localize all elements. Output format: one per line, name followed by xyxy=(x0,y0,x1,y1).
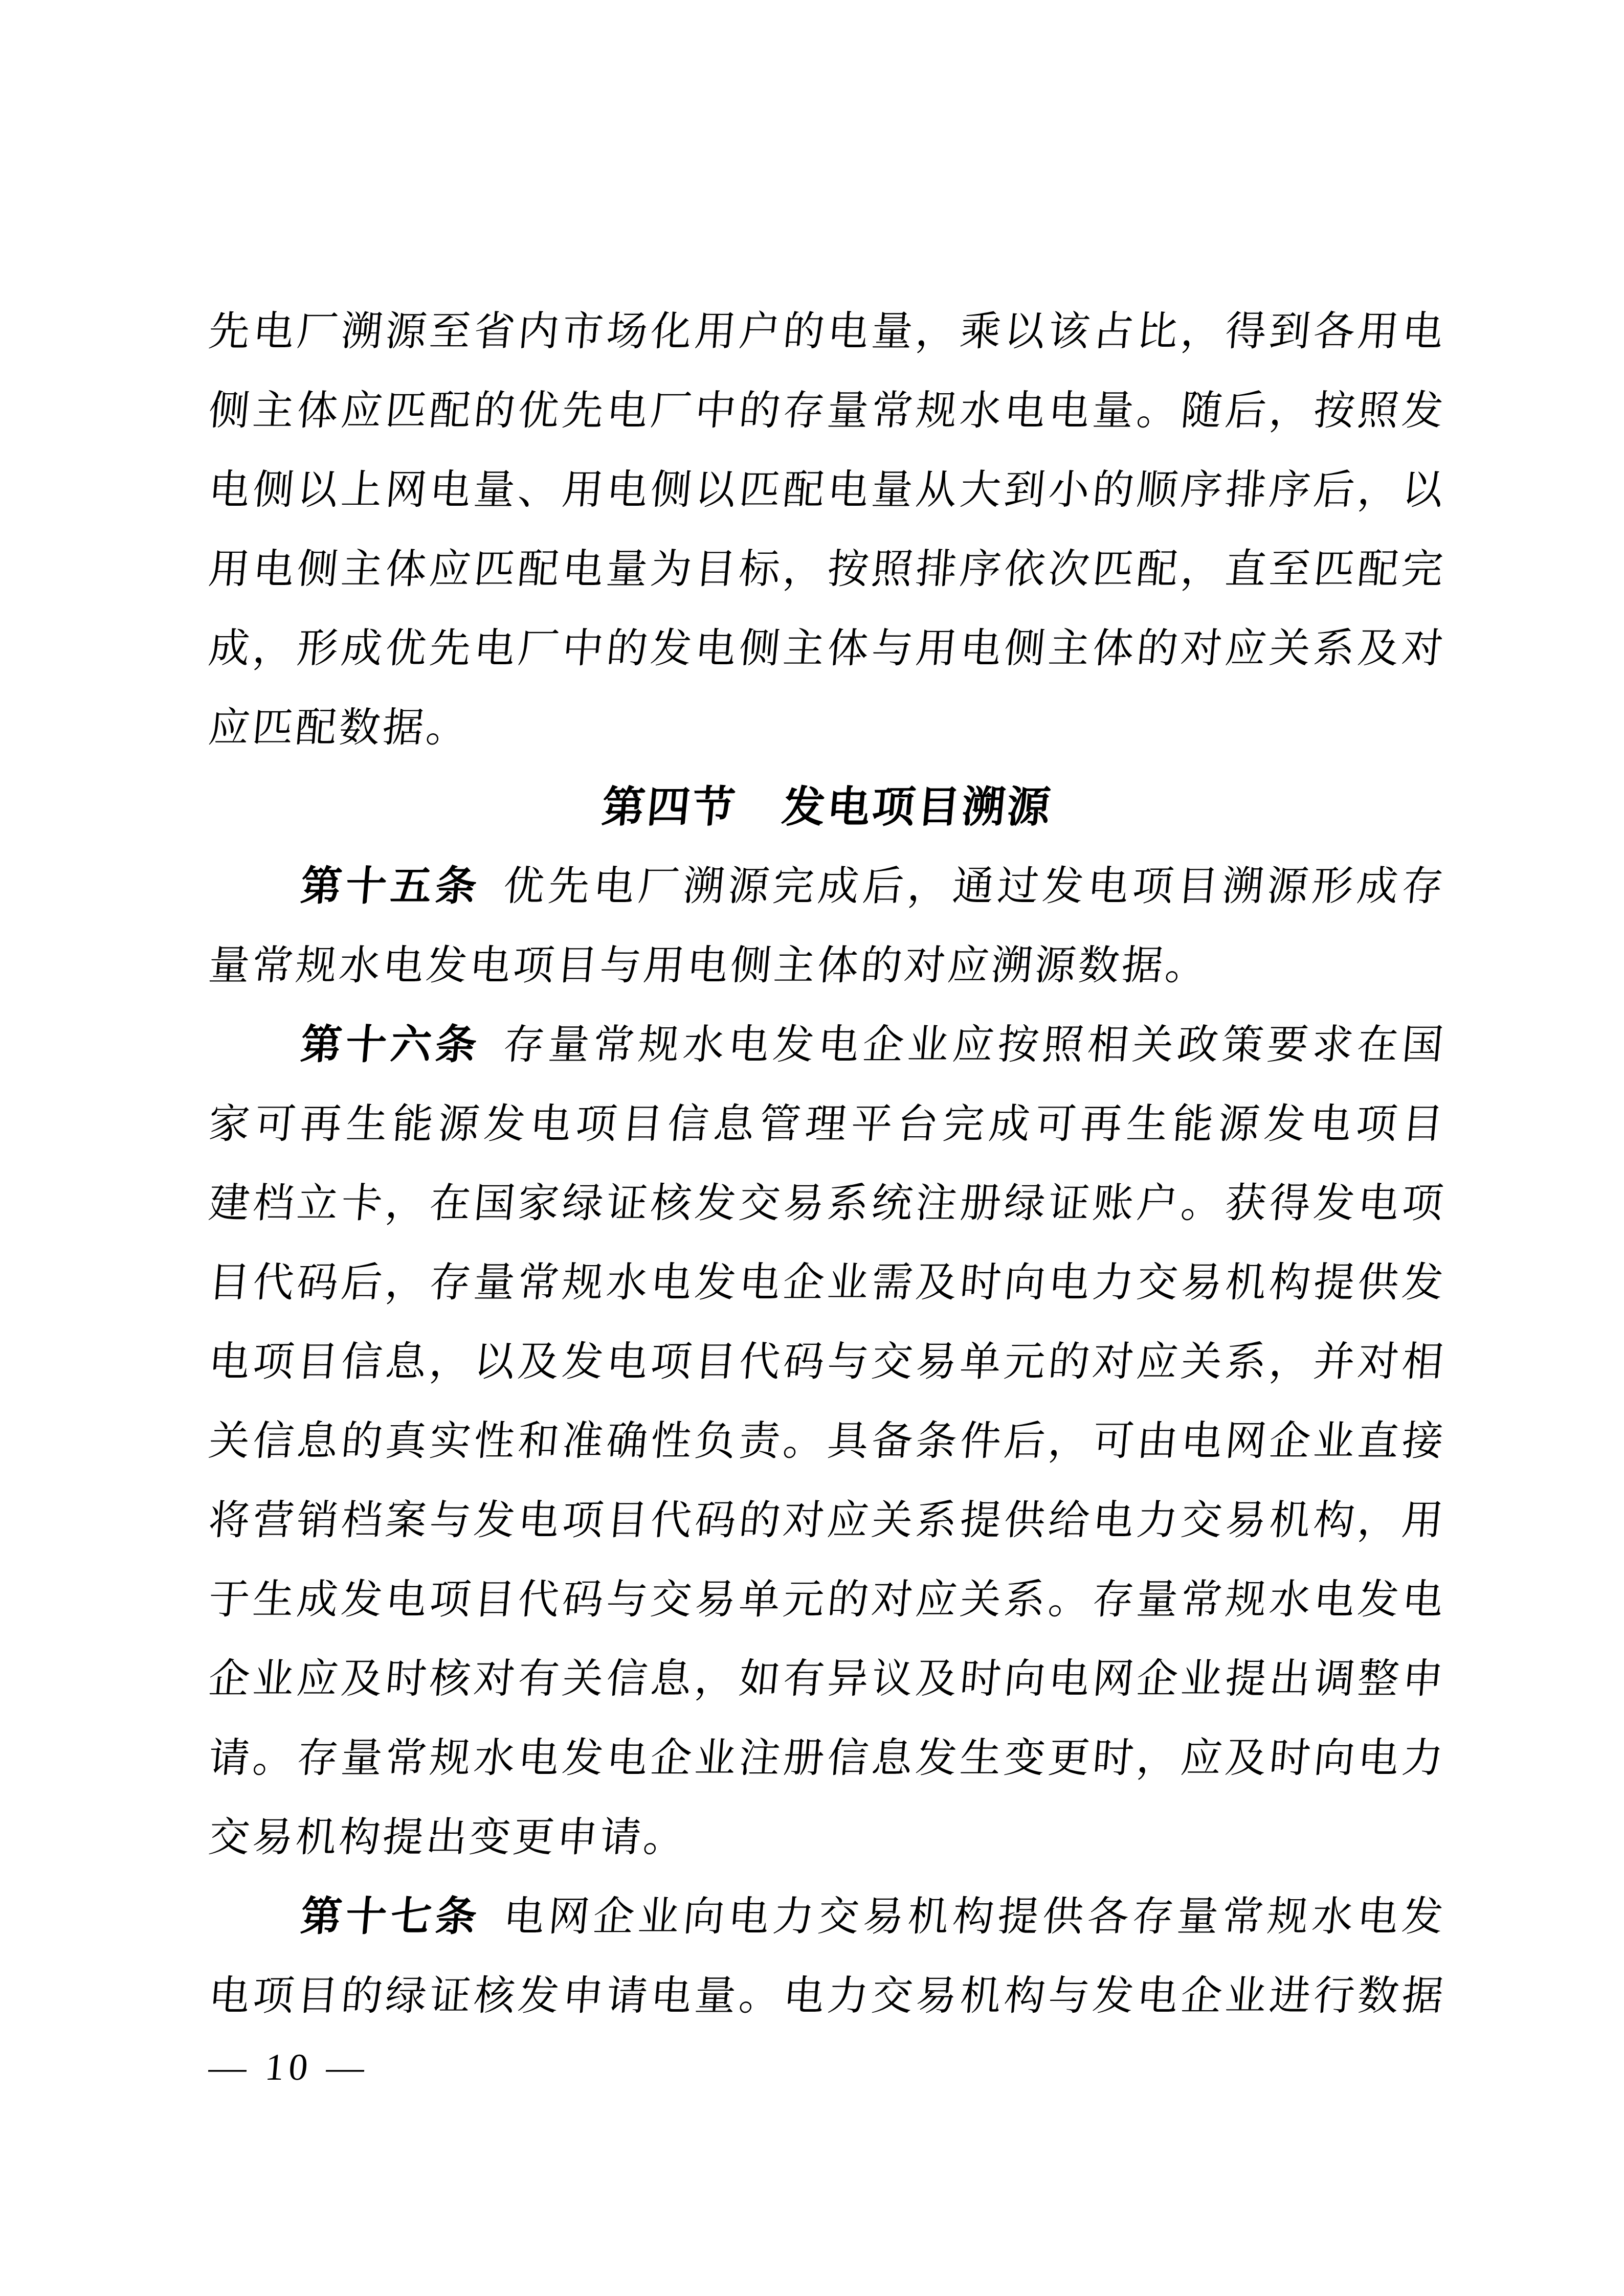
line-text: 电项目的绿证核发申请电量。电力交易机构与发电企业进行数据 xyxy=(207,1974,1448,2019)
text-line: 建档立卡，在国家绿证核发交易系统注册绿证账户。获得发电项 xyxy=(205,1164,1449,1244)
line-text: 侧主体应匹配的优先电厂中的存量常规水电电量。随后，按照发 xyxy=(207,389,1448,434)
line-text: 请。存量常规水电发电企业注册信息发生变更时，应及时向电力 xyxy=(207,1736,1448,1781)
section-heading-text: 第四节 发电项目溯源 xyxy=(600,784,1054,831)
line-text: 应匹配数据。 xyxy=(207,706,472,751)
text-line: 关信息的真实性和准确性负责。具备条件后，可由电网企业直接 xyxy=(205,1402,1449,1481)
text-line: 将营销档案与发电项目代码的对应关系提供给电力交易机构，用 xyxy=(205,1481,1449,1561)
line-text: 交易机构提出变更申请。 xyxy=(207,1815,689,1860)
line-text: 将营销档案与发电项目代码的对应关系提供给电力交易机构，用 xyxy=(207,1498,1448,1543)
text-line: 用电侧主体应匹配电量为目标，按照排序依次匹配，直至匹配完 xyxy=(205,530,1449,610)
line-text: 于生成发电项目代码与交易单元的对应关系。存量常规水电发电 xyxy=(207,1578,1448,1623)
article-number: 第十五条 xyxy=(299,864,482,909)
line-text: 企业应及时核对有关信息，如有异议及时向电网企业提出调整申 xyxy=(207,1657,1448,1702)
line-text: 成，形成优先电厂中的发电侧主体与用电侧主体的对应关系及对 xyxy=(207,626,1448,671)
document-body: 先电厂溯源至省内市场化用户的电量，乘以该占比，得到各用电 侧主体应匹配的优先电厂… xyxy=(209,292,1445,2036)
line-text: 关信息的真实性和准确性负责。具备条件后，可由电网企业直接 xyxy=(207,1419,1448,1464)
line-text: 用电侧主体应匹配电量为目标，按照排序依次匹配，直至匹配完 xyxy=(207,547,1448,592)
article-number: 第十六条 xyxy=(299,1023,482,1068)
line-text: 目代码后，存量常规水电发电企业需及时向电力交易机构提供发 xyxy=(207,1260,1448,1305)
text-line: 于生成发电项目代码与交易单元的对应关系。存量常规水电发电 xyxy=(205,1561,1449,1640)
line-text: 量常规水电发电项目与用电侧主体的对应溯源数据。 xyxy=(207,943,1211,988)
document-page: 先电厂溯源至省内市场化用户的电量，乘以该占比，得到各用电 侧主体应匹配的优先电厂… xyxy=(0,0,1624,2296)
text-line: 电项目信息，以及发电项目代码与交易单元的对应关系，并对相 xyxy=(205,1323,1449,1402)
text-line: 请。存量常规水电发电企业注册信息发生变更时，应及时向电力 xyxy=(205,1719,1449,1798)
line-text: 存量常规水电发电企业应按照相关政策要求在国 xyxy=(502,1023,1448,1068)
text-line: 第十七条电网企业向电力交易机构提供各存量常规水电发 xyxy=(205,1878,1449,1957)
line-text: 家可再生能源发电项目信息管理平台完成可再生能源发电项目 xyxy=(207,1102,1448,1147)
text-line: 目代码后，存量常规水电发电企业需及时向电力交易机构提供发 xyxy=(205,1244,1449,1323)
line-text: 电项目信息，以及发电项目代码与交易单元的对应关系，并对相 xyxy=(207,1340,1448,1385)
text-line: 电项目的绿证核发申请电量。电力交易机构与发电企业进行数据 xyxy=(205,1957,1449,2036)
text-line: 电侧以上网电量、用电侧以匹配电量从大到小的顺序排序后，以 xyxy=(205,451,1449,530)
text-line: 企业应及时核对有关信息，如有异议及时向电网企业提出调整申 xyxy=(205,1640,1449,1719)
text-line: 应匹配数据。 xyxy=(205,689,1449,768)
article-number: 第十七条 xyxy=(299,1895,482,1940)
line-text: 电侧以上网电量、用电侧以匹配电量从大到小的顺序排序后，以 xyxy=(207,468,1448,513)
text-line: 侧主体应匹配的优先电厂中的存量常规水电电量。随后，按照发 xyxy=(205,372,1449,451)
text-line: 交易机构提出变更申请。 xyxy=(205,1798,1449,1878)
line-text: 建档立卡，在国家绿证核发交易系统注册绿证账户。获得发电项 xyxy=(207,1181,1448,1226)
text-line: 第十六条存量常规水电发电企业应按照相关政策要求在国 xyxy=(205,1006,1449,1085)
text-line: 第十五条优先电厂溯源完成后，通过发电项目溯源形成存 xyxy=(205,847,1449,927)
text-line: 成，形成优先电厂中的发电侧主体与用电侧主体的对应关系及对 xyxy=(205,610,1449,689)
line-text: 优先电厂溯源完成后，通过发电项目溯源形成存 xyxy=(502,864,1448,909)
page-footer: — 10 — xyxy=(206,2039,371,2096)
line-text: 先电厂溯源至省内市场化用户的电量，乘以该占比，得到各用电 xyxy=(207,309,1448,354)
text-line: 先电厂溯源至省内市场化用户的电量，乘以该占比，得到各用电 xyxy=(205,292,1449,372)
text-line: 家可再生能源发电项目信息管理平台完成可再生能源发电项目 xyxy=(205,1085,1449,1164)
section-heading: 第四节 发电项目溯源 xyxy=(205,768,1449,847)
text-line: 量常规水电发电项目与用电侧主体的对应溯源数据。 xyxy=(205,927,1449,1006)
line-text: 电网企业向电力交易机构提供各存量常规水电发 xyxy=(502,1895,1448,1940)
page-number: — 10 — xyxy=(207,2046,370,2088)
